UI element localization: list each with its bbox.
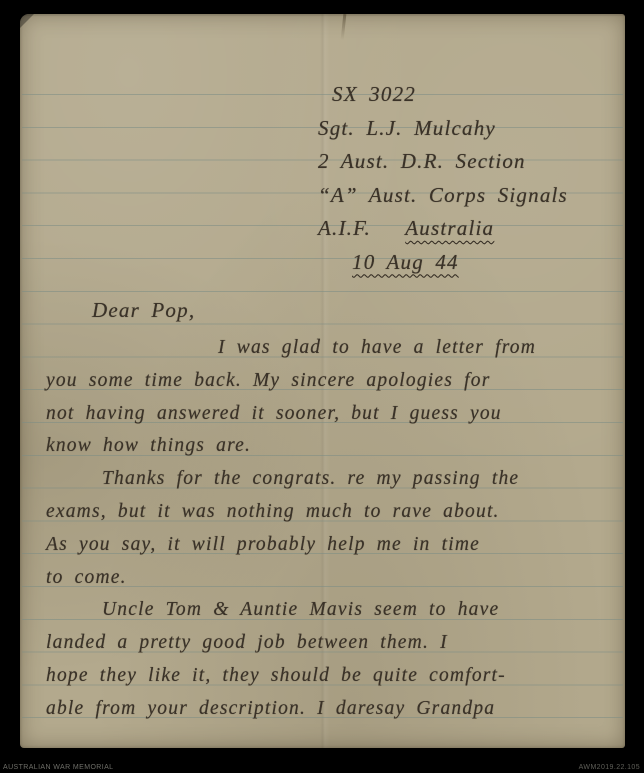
body-line: exams, but it was nothing much to rave a… (46, 496, 618, 529)
body-line: able from your description. I daresay Gr… (46, 693, 618, 726)
body-line: you some time back. My sincere apologies… (46, 365, 618, 398)
letter-date: 10 Aug 44 (352, 246, 568, 280)
body-line: landed a pretty good job between them. I (46, 627, 618, 660)
letter-paper: SX 3022 Sgt. L.J. Mulcahy 2 Aust. D.R. S… (20, 14, 625, 748)
body-line: know how things are. (46, 430, 618, 463)
body-line: not having answered it sooner, but I gue… (46, 398, 618, 431)
salutation: Dear Pop, (92, 298, 195, 323)
letter-body: I was glad to have a letter from you som… (46, 332, 618, 726)
paper-corner-fold (20, 14, 34, 28)
sender-address: A.I.F. Australia (318, 212, 568, 246)
sender-formation: “A” Aust. Corps Signals (318, 179, 568, 213)
paper-crease (341, 14, 347, 40)
force-abbreviation: A.I.F. (318, 216, 371, 240)
sender-unit: 2 Aust. D.R. Section (318, 145, 568, 179)
body-line: Uncle Tom & Auntie Mavis seem to have (46, 594, 618, 627)
body-line: to come. (46, 562, 618, 595)
archive-reference: AWM2019.22.105 (579, 764, 640, 771)
body-line: hope they like it, they should be quite … (46, 660, 618, 693)
country: Australia (405, 216, 494, 240)
body-line: Thanks for the congrats. re my passing t… (46, 463, 618, 496)
sender-name: Sgt. L.J. Mulcahy (318, 112, 568, 146)
archive-credit: AUSTRALIAN WAR MEMORIAL (3, 764, 113, 771)
photo-background: { "photo": { "background_color": "#00000… (0, 0, 644, 773)
service-number: SX 3022 (332, 78, 568, 112)
body-line: As you say, it will probably help me in … (46, 529, 618, 562)
letterhead: SX 3022 Sgt. L.J. Mulcahy 2 Aust. D.R. S… (318, 78, 568, 279)
body-line: I was glad to have a letter from (46, 332, 618, 365)
